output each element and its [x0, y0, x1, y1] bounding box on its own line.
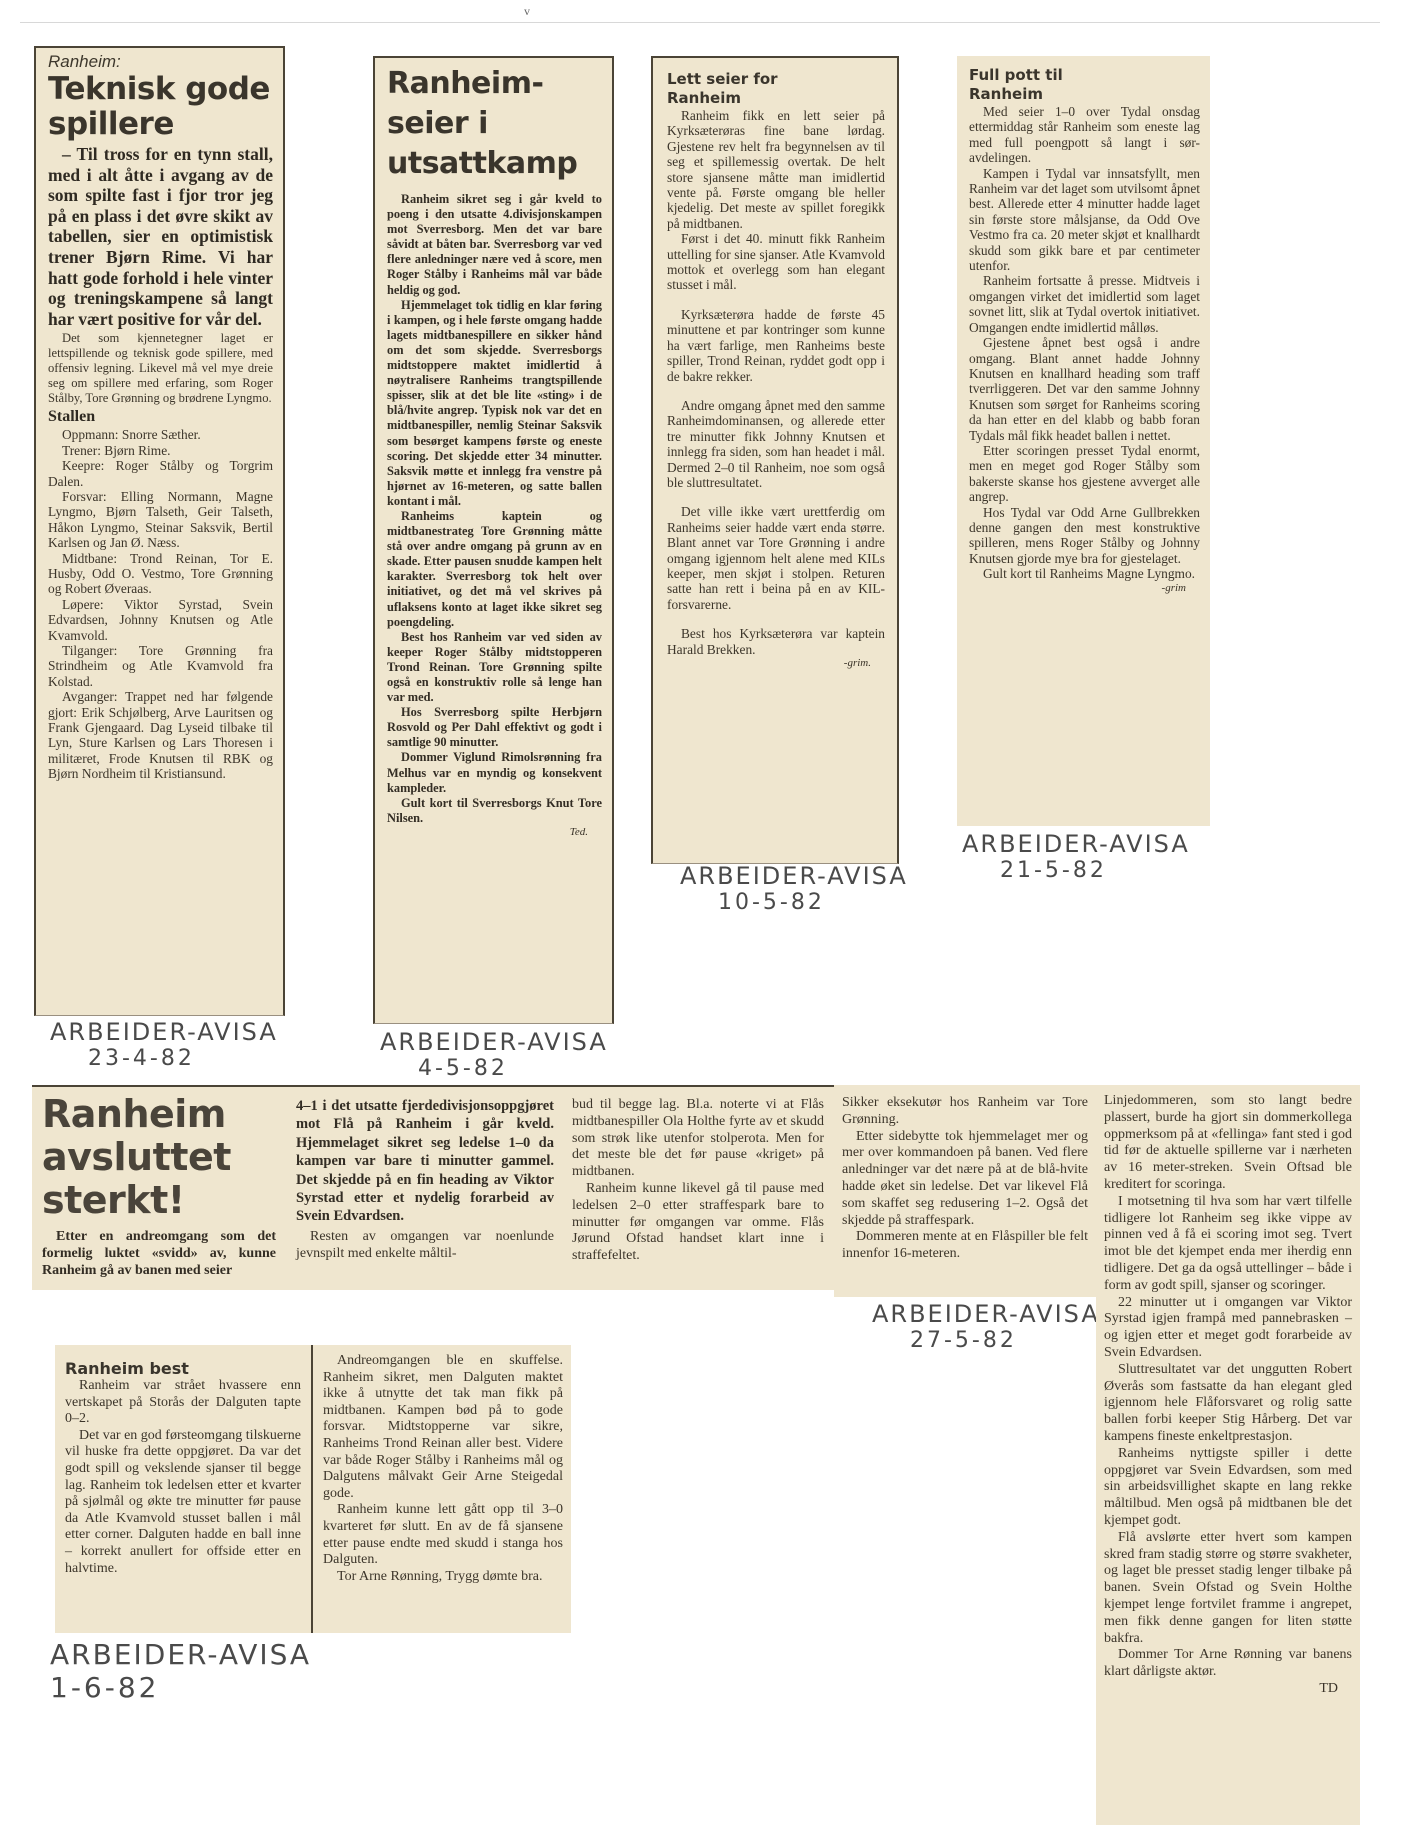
article-paragraph: Gjestene åpnet best også i andre omgang.… — [969, 335, 1200, 443]
article-paragraph: Dommeren mente at en Flåspiller ble felt… — [842, 1229, 1088, 1263]
article-paragraph: Hjemmelaget tok tidlig en klar føring i … — [387, 298, 602, 509]
article-headline: Ranheim-seier i utsattkamp — [387, 64, 587, 184]
stamp-paper: ARBEIDER-AVISA — [50, 1018, 278, 1046]
handwritten-source-stamp: ARBEIDER-AVISA 4-5-82 — [380, 1028, 608, 1081]
article-paragraph: Med seier 1–0 over Tydal onsdag ettermid… — [969, 104, 1200, 166]
roster-item: Oppmann: Snorre Sæther. — [48, 427, 273, 442]
article-signature: TD — [1104, 1681, 1338, 1697]
article-paragraph: Dommer Tor Arne Rønning var banens klart… — [1104, 1647, 1352, 1681]
article-paragraph: Andreomgangen ble en skuffelse. Ranheim … — [323, 1353, 563, 1502]
article-paragraph: Først i det 40. minutt fikk Ranheim utte… — [667, 231, 885, 293]
article-paragraph: Gult kort til Sverresborgs Knut Tore Nil… — [387, 796, 602, 826]
stamp-date: 4-5-82 — [418, 1056, 608, 1081]
article-paragraph: Ranheim kunne likevel gå til pause med l… — [572, 1181, 824, 1265]
stamp-paper: ARBEIDER-AVISA — [380, 1028, 608, 1056]
article-lead: Etter en andreomgang som det formelig lu… — [42, 1228, 276, 1279]
article-paragraph: Ranheim fortsatte å presse. Midtveis i o… — [969, 273, 1200, 335]
handwritten-source-stamp: ARBEIDER-AVISA 1-6-82 — [50, 1638, 311, 1704]
handwritten-source-stamp: ARBEIDER-AVISA 10-5-82 — [680, 862, 908, 915]
article-headline: Ranheim best — [65, 1359, 301, 1378]
article-paragraph: Ranheims nyttigste spiller i dette oppgj… — [1104, 1446, 1352, 1530]
clipping-lett-seier-for-ranheim: Lett seier for Ranheim Ranheim fikk en l… — [651, 56, 899, 864]
roster-item: Midtbane: Trond Reinan, Tor E. Husby, Od… — [48, 551, 273, 597]
roster-item: Trener: Bjørn Rime. — [48, 443, 273, 458]
clipping-ranheim-best-col2: Andreomgangen ble en skuffelse. Ranheim … — [311, 1345, 571, 1633]
article-headline: Ranheim avsluttet sterkt! — [42, 1093, 262, 1222]
stamp-paper: ARBEIDER-AVISA — [50, 1638, 311, 1671]
clipping-ranheim-avsluttet-sterkt-headline: Ranheim avsluttet sterkt! Etter en andre… — [32, 1085, 284, 1290]
stamp-paper: ARBEIDER-AVISA — [680, 862, 908, 890]
article-signature: -grim — [969, 582, 1186, 594]
clipping-ranheim-avsluttet-sterkt-col3: Sikker eksekutør hos Ranheim var Tore Gr… — [834, 1085, 1096, 1297]
article-paragraph: Ranheim kunne lett gått opp til 3–0 kvar… — [323, 1502, 563, 1568]
clipping-ranheim-best-col1: Ranheim best Ranheim var strået hvassere… — [55, 1345, 313, 1633]
article-paragraph: Sluttresultatet var det unggutten Robert… — [1104, 1362, 1352, 1446]
article-headline: Full pott til Ranheim — [969, 66, 1089, 104]
clipping-teknisk-gode-spillere: Ranheim: Teknisk gode spillere – Til tro… — [34, 46, 285, 1016]
roster-item: Tilganger: Tore Grønning fra Strindheim … — [48, 643, 273, 689]
article-subhead: Stallen — [48, 408, 273, 426]
article-headline: Teknisk gode spillere — [48, 72, 273, 142]
article-paragraph: Etter scoringen presset Tydal enormt, me… — [969, 443, 1200, 505]
clipping-full-pott-til-ranheim: Full pott til Ranheim Med seier 1–0 over… — [957, 56, 1210, 826]
article-paragraph: Best hos Ranheim var ved siden av keeper… — [387, 630, 602, 705]
article-paragraph: Gult kort til Ranheims Magne Lyngmo. — [969, 566, 1200, 581]
stamp-date: 27-5-82 — [910, 1328, 1100, 1353]
page-top-marker: v — [524, 4, 530, 19]
roster-list: Oppmann: Snorre Sæther. Trener: Bjørn Ri… — [48, 427, 273, 781]
clipping-ranheim-avsluttet-sterkt-col1: 4–1 i det utsatte fjerdedivisjonsoppgjør… — [284, 1085, 564, 1290]
article-paragraph: Det som kjennetegner laget er lettspille… — [48, 331, 273, 406]
roster-item: Avganger: Trappet ned har følgende gjort… — [48, 689, 273, 781]
clipping-ranheim-avsluttet-sterkt-col4: Linjedommeren, som sto langt bedre plass… — [1096, 1085, 1360, 1825]
article-paragraph: 22 minutter ut i omgangen var Viktor Syr… — [1104, 1295, 1352, 1362]
stamp-paper: ARBEIDER-AVISA — [872, 1300, 1100, 1328]
article-signature: -grim. — [667, 657, 871, 669]
roster-item: Forsvar: Elling Normann, Magne Lyngmo, B… — [48, 489, 273, 551]
article-paragraph: Kampen i Tydal var innsatsfyllt, men Ran… — [969, 166, 1200, 274]
article-paragraph: Etter sidebytte tok hjemmelaget mer og m… — [842, 1129, 1088, 1230]
article-paragraph: I motsetning til hva som har vært tilfel… — [1104, 1194, 1352, 1295]
article-paragraph: Ranheim sikret seg i går kveld to poeng … — [387, 192, 602, 298]
article-paragraph: Kyrksæterøra hadde de første 45 minutten… — [667, 307, 885, 384]
scan-edge-line — [20, 22, 1380, 23]
article-paragraph: Andre omgang åpnet med den samme Ranheim… — [667, 398, 885, 490]
article-paragraph: Ranheim fikk en lett seier på Kyrksæterø… — [667, 108, 885, 231]
article-paragraph: Flå avslørte etter hvert som kampen skre… — [1104, 1530, 1352, 1648]
stamp-date: 23-4-82 — [88, 1046, 278, 1071]
handwritten-source-stamp: ARBEIDER-AVISA 23-4-82 — [50, 1018, 278, 1071]
article-paragraph: Ranheims kaptein og midtbanestrateg Tore… — [387, 509, 602, 630]
article-paragraph: bud til begge lag. Bl.a. noterte vi at F… — [572, 1097, 824, 1181]
roster-item: Keepre: Roger Stålby og Torgrim Dalen. — [48, 458, 273, 489]
clipping-ranheim-avsluttet-sterkt-col2: bud til begge lag. Bl.a. noterte vi at F… — [564, 1085, 834, 1290]
article-paragraph: Linjedommeren, som sto langt bedre plass… — [1104, 1093, 1352, 1194]
article-lead-paragraph: 4–1 i det utsatte fjerdedivisjonsoppgjør… — [296, 1097, 554, 1226]
article-kicker: Ranheim: — [48, 52, 273, 72]
handwritten-source-stamp: ARBEIDER-AVISA 21-5-82 — [962, 830, 1190, 883]
article-paragraph: Hos Tydal var Odd Arne Gullbrekken denne… — [969, 505, 1200, 567]
stamp-date: 10-5-82 — [718, 890, 908, 915]
stamp-date: 1-6-82 — [50, 1671, 311, 1704]
article-paragraph: Det var en god førsteomgang tilskuerne v… — [65, 1428, 301, 1577]
clipping-ranheim-seier-i-utsattkamp: Ranheim-seier i utsattkamp Ranheim sikre… — [373, 56, 614, 1024]
article-paragraph: Det ville ikke vært urettferdig om Ranhe… — [667, 504, 885, 612]
article-paragraph: Best hos Kyrksæterøra var kaptein Harald… — [667, 626, 885, 657]
handwritten-source-stamp: ARBEIDER-AVISA 27-5-82 — [872, 1300, 1100, 1353]
roster-item: Løpere: Viktor Syrstad, Svein Edvardsen,… — [48, 597, 273, 643]
article-paragraph: Sikker eksekutør hos Ranheim var Tore Gr… — [842, 1095, 1088, 1129]
article-paragraph: Dommer Viglund Rimolsrønning fra Melhus … — [387, 750, 602, 795]
article-paragraph: Ranheim var strået hvassere enn vertskap… — [65, 1378, 301, 1428]
article-headline: Lett seier for Ranheim — [667, 70, 817, 108]
article-paragraph: Tor Arne Rønning, Trygg dømte bra. — [323, 1569, 563, 1586]
article-lead: – Til tross for en tynn stall, med i alt… — [48, 144, 273, 329]
stamp-paper: ARBEIDER-AVISA — [962, 830, 1190, 858]
article-paragraph: Hos Sverresborg spilte Herbjørn Rosvold … — [387, 705, 602, 750]
article-signature: Ted. — [387, 826, 588, 838]
article-paragraph: Resten av omgangen var noenlunde jevnspi… — [296, 1228, 554, 1262]
stamp-date: 21-5-82 — [1000, 858, 1190, 883]
